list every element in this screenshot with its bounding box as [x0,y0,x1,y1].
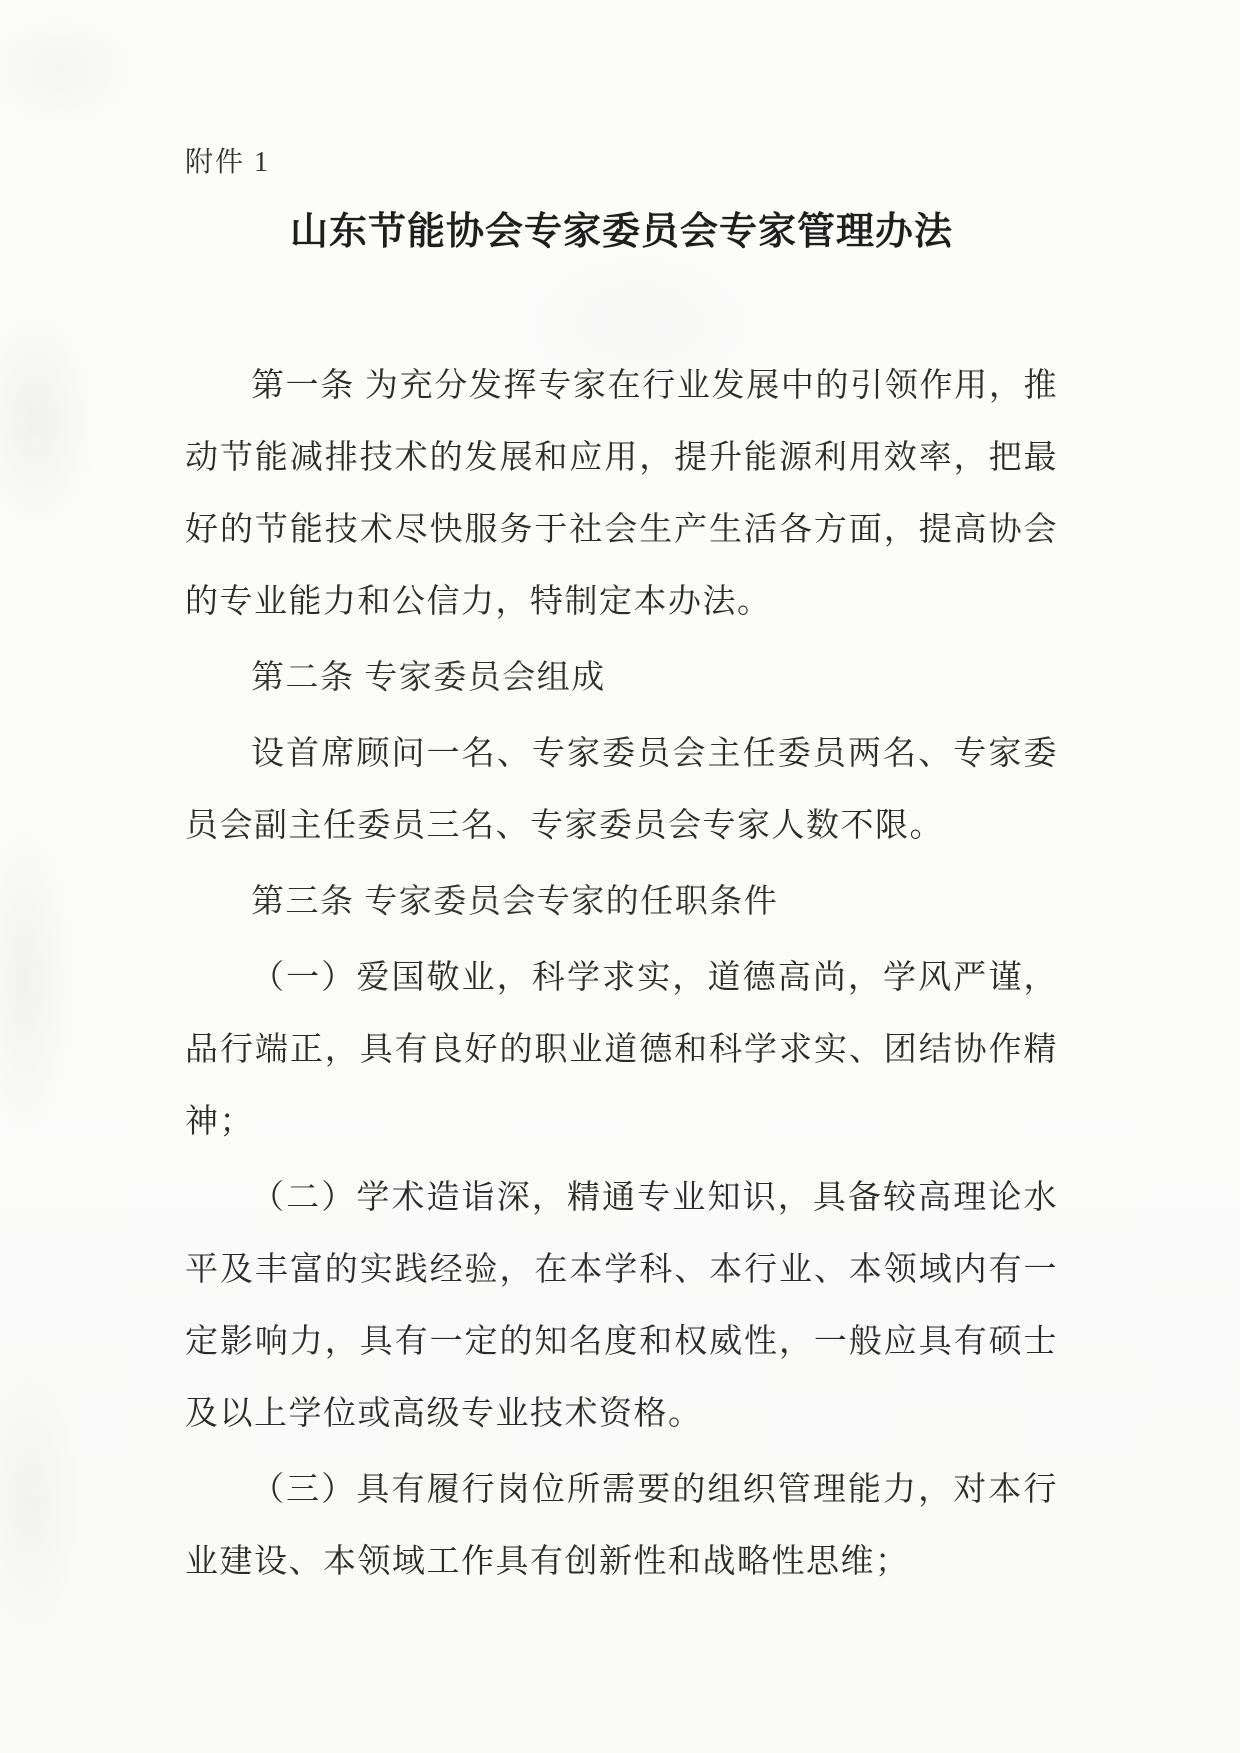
document-title: 山东节能协会专家委员会专家管理办法 [185,208,1058,256]
paragraph-article-3-item-3: （三）具有履行岗位所需要的组织管理能力，对本行业建设、本领域工作具有创新性和战略… [185,1454,1058,1598]
paragraph-article-2-heading: 第二条 专家委员会组成 [185,642,1058,714]
paragraph-article-1: 第一条 为充分发挥专家在行业发展中的引领作用，推动节能减排技术的发展和应用，提升… [185,350,1058,638]
attachment-label: 附件 1 [185,146,1058,180]
paragraph-article-2-body: 设首席顾问一名、专家委员会主任委员两名、专家委员会副主任委员三名、专家委员会专家… [185,718,1058,862]
document-body: 第一条 为充分发挥专家在行业发展中的引领作用，推动节能减排技术的发展和应用，提升… [185,350,1058,1598]
paragraph-article-3-item-1: （一）爱国敬业，科学求实，道德高尚，学风严谨，品行端正，具有良好的职业道德和科学… [185,942,1058,1158]
scanned-document-page: 附件 1 山东节能协会专家委员会专家管理办法 第一条 为充分发挥专家在行业发展中… [0,0,1240,1753]
paragraph-article-3-heading: 第三条 专家委员会专家的任职条件 [185,866,1058,938]
paragraph-article-3-item-2: （二）学术造诣深，精通专业知识，具备较高理论水平及丰富的实践经验，在本学科、本行… [185,1162,1058,1450]
